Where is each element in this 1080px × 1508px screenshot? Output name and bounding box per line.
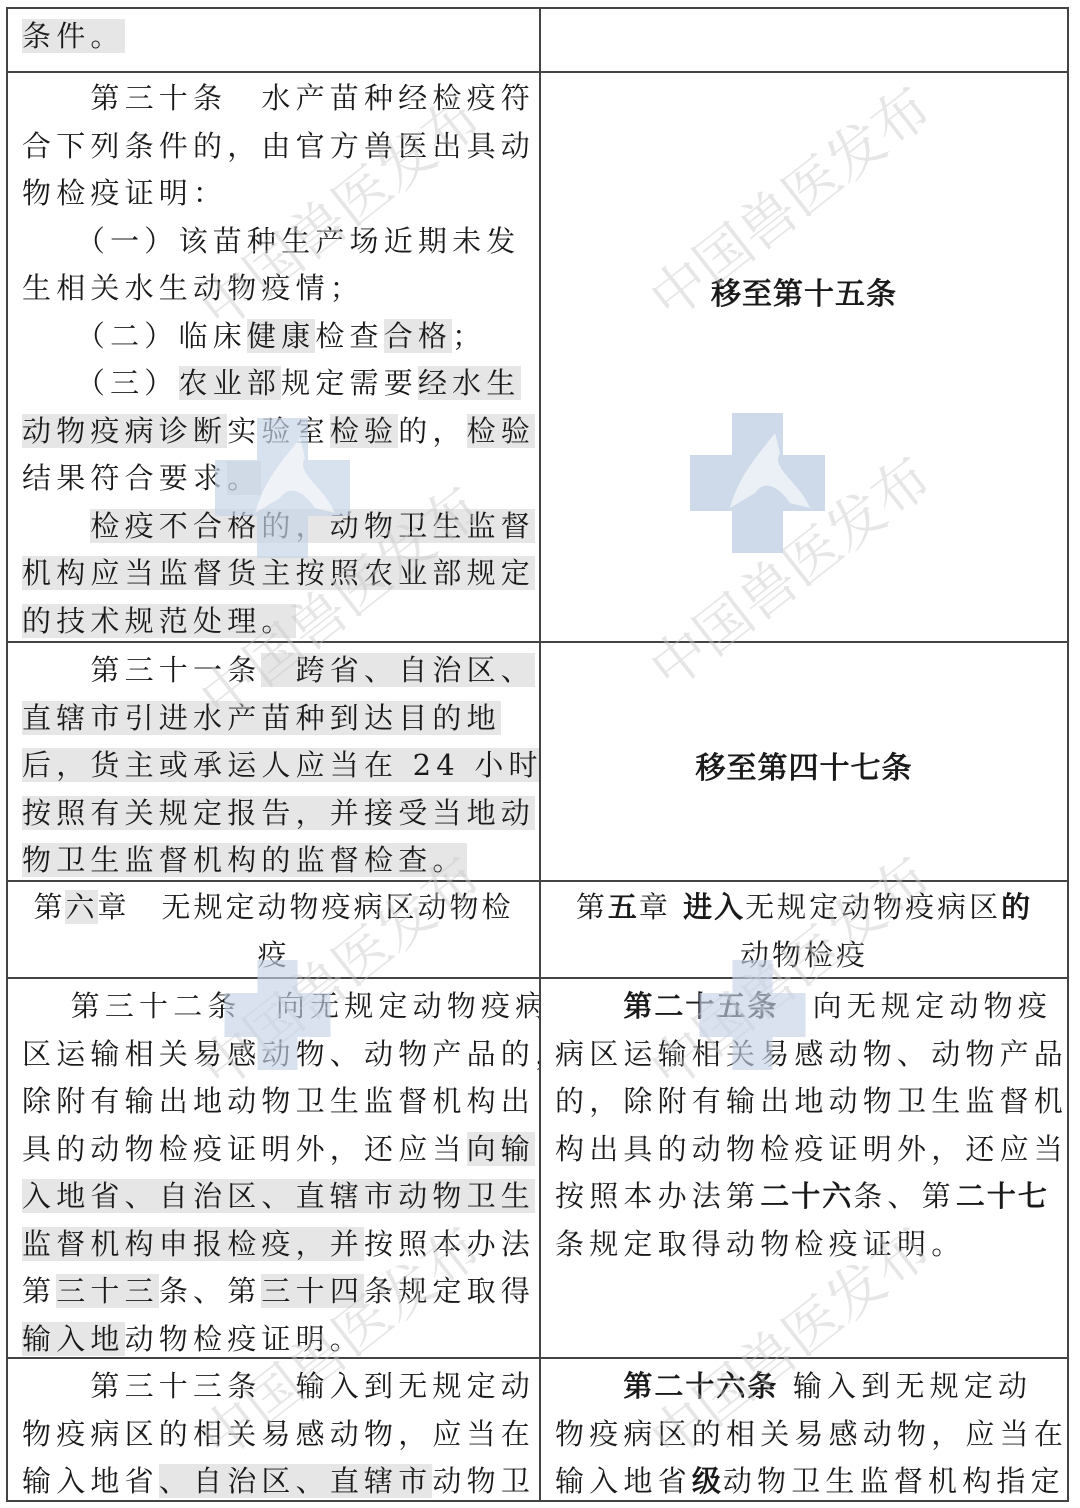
- highlighted-text: 。: [227, 461, 261, 495]
- text-segment: 结果符合要求: [22, 461, 227, 495]
- text-line: 的技术规范处理。: [22, 598, 527, 644]
- table-row-1: 第三十条 水产苗种经检疫符合下列条件的，由官方兽医出具动物检疫证明： （一）该苗…: [6, 71, 1069, 643]
- bold-text: 的: [1001, 890, 1032, 924]
- cell-original-text: 第三十三条 输入到无规定动物疫病区的相关易感动物，应当在输入地省、自治区、直辖市…: [6, 1359, 541, 1502]
- highlighted-text: 合格: [384, 319, 452, 353]
- text-line: 合下列条件的，由官方兽医出具动: [22, 123, 527, 171]
- text-line: 第二十六条 输入到无规定动: [555, 1363, 1055, 1411]
- paragraph: 第三十三条 输入到无规定动物疫病区的相关易感动物，应当在输入地省、自治区、直辖市…: [22, 1363, 527, 1502]
- text-segment: 区运输相关易感动物、动物产品的，: [22, 1037, 541, 1071]
- cell-revised-text: 移至第十五条: [541, 73, 1069, 643]
- text-segment: （三）: [22, 366, 179, 400]
- text-segment: 生相关水生动物疫情；: [22, 271, 364, 305]
- text-line: 机构应当监督货主按照农业部规定: [22, 550, 527, 598]
- text-line: 按照有关规定报告，并接受当地动: [22, 790, 527, 838]
- text-line: 的，除附有输出地动物卫生监督机: [555, 1078, 1055, 1126]
- text-line: 构出具的动物检疫证明外，还应当: [555, 1126, 1055, 1174]
- paragraph: 条件。: [22, 13, 527, 61]
- cell-original-text: 第三十条 水产苗种经检疫符合下列条件的，由官方兽医出具动物检疫证明： （一）该苗…: [6, 73, 541, 643]
- text-line: 输入地省、自治区、直辖市动物卫: [22, 1458, 527, 1502]
- text-line: 病区运输相关易感动物、动物产品: [555, 1031, 1055, 1079]
- paragraph: 第二十六条 输入到无规定动物疫病区的相关易感动物，应当在输入地省级动物卫生监督机…: [555, 1363, 1055, 1502]
- text-segment: 条、第: [853, 1179, 956, 1213]
- text-segment: 章 无规定动物疫病区动物检: [98, 890, 514, 924]
- text-segment: 病区运输相关易感动物、动物产品: [555, 1037, 1068, 1071]
- bold-text: 二十七: [956, 1179, 1049, 1213]
- text-line: 按照本办法第二十六条、第二十七: [555, 1173, 1055, 1221]
- table-row-4: 第三十二条 向无规定动物疫病区运输相关易感动物、动物产品的，除附有输出地动物卫生…: [6, 977, 1069, 1359]
- text-segment: 动物卫生监督机构指定: [723, 1464, 1065, 1498]
- text-segment: 物疫病区的相关易感动物，应当在: [555, 1417, 1068, 1451]
- highlighted-text: 按照有关规定报告，并接受当地动: [22, 796, 535, 830]
- moved-to-note: 移至第十五条: [541, 269, 1067, 313]
- text-line: 除附有输出地动物卫生监督机构出: [22, 1078, 527, 1126]
- text-line: 第三十三条、第三十四条规定取得: [22, 1268, 527, 1316]
- highlighted-text: 的技术规范处理。: [22, 604, 296, 638]
- text-line: 物卫生监督机构的监督检查。: [22, 837, 527, 882]
- text-line: 动物疫病诊断实验室检验的，检验: [22, 408, 527, 456]
- text-segment: 具的动物检疫证明外，还应当: [22, 1132, 467, 1166]
- text-segment: 章: [639, 890, 683, 924]
- text-segment: 合下列条件的，由官方兽医出具动: [22, 129, 535, 163]
- highlighted-text: 物卫生监督机构的监督检查。: [22, 843, 467, 877]
- text-segment: 第三十二条 向无规定动物疫病: [22, 989, 541, 1023]
- table-row-0: 条件。: [6, 7, 1069, 73]
- text-segment: 输入地省: [555, 1464, 692, 1498]
- highlighted-text: 入地省、自治区、直辖市动物卫生: [22, 1179, 535, 1213]
- text-segment: 除附有输出地动物卫生监督机构出: [22, 1084, 535, 1118]
- text-segment: （一）该苗种生产场近期未发: [22, 224, 521, 258]
- highlighted-text: 后，货主或承运人应当在 24 小时内: [22, 748, 541, 782]
- text-segment: 的，除附有输出地动物卫生监督机: [555, 1084, 1068, 1118]
- highlighted-text: 检验: [467, 414, 535, 448]
- text-line: 物疫病区的相关易感动物，应当在: [555, 1411, 1055, 1459]
- text-segment: 物检疫证明：: [22, 176, 227, 210]
- text-line: 输入地省级动物卫生监督机构指定: [555, 1458, 1055, 1502]
- text-segment: 按照本办法: [364, 1227, 535, 1261]
- text-line: （二）临床健康检查合格；: [22, 313, 527, 361]
- text-segment: [555, 989, 623, 1023]
- highlighted-text: 直辖市引进水产苗种到达目的地: [22, 701, 501, 735]
- highlighted-text: 跨省、自治区、: [261, 653, 535, 687]
- text-segment: 规定需要: [281, 366, 418, 400]
- cell-revised-text: 移至第四十七条: [541, 643, 1069, 882]
- paragraph: 第三十一条 跨省、自治区、直辖市引进水产苗种到达目的地后，货主或承运人应当在 2…: [22, 647, 527, 882]
- text-segment: 实验室: [227, 414, 330, 448]
- text-segment: 条规定取得: [364, 1274, 535, 1308]
- text-segment: 第: [22, 1274, 56, 1308]
- highlighted-text: 输入地: [22, 1322, 125, 1356]
- text-line: 疫: [14, 932, 533, 980]
- text-line: 第三十一条 跨省、自治区、: [22, 647, 527, 695]
- text-line: 检疫不合格的，动物卫生监督: [22, 503, 527, 551]
- text-segment: 动物卫: [432, 1464, 535, 1498]
- text-line: 输入地动物检疫证明。: [22, 1316, 527, 1360]
- highlighted-text: 监督机构申报检疫，并: [22, 1227, 364, 1261]
- bold-text: 第二十六条: [623, 1369, 778, 1403]
- text-segment: [22, 509, 90, 543]
- text-segment: 条、第: [159, 1274, 262, 1308]
- text-line: 区运输相关易感动物、动物产品的，: [22, 1031, 527, 1079]
- text-line: 第三十条 水产苗种经检疫符: [22, 75, 527, 123]
- cell-revised-chapter: 第五章 进入无规定动物疫病区的动物检疫: [541, 882, 1069, 979]
- cell-revised-text: 第二十六条 输入到无规定动物疫病区的相关易感动物，应当在输入地省级动物卫生监督机…: [541, 1359, 1069, 1502]
- highlighted-text: 六: [65, 890, 97, 924]
- table-row-chapter-header: 第六章 无规定动物疫病区动物检疫 第五章 进入无规定动物疫病区的动物检疫: [6, 880, 1069, 979]
- text-line: （一）该苗种生产场近期未发: [22, 218, 527, 266]
- bold-text: 第二十五条: [623, 989, 778, 1023]
- table-bottom-border: [6, 1500, 1069, 1502]
- highlighted-text: 向输: [467, 1132, 535, 1166]
- text-line: 监督机构申报检疫，并按照本办法: [22, 1221, 527, 1269]
- table-row-2: 第三十一条 跨省、自治区、直辖市引进水产苗种到达目的地后，货主或承运人应当在 2…: [6, 641, 1069, 882]
- bold-text: 二十六: [760, 1179, 853, 1213]
- text-line: 具的动物检疫证明外，还应当向输: [22, 1126, 527, 1174]
- highlighted-text: 健康: [247, 319, 315, 353]
- cell-original-text: 条件。: [6, 9, 541, 73]
- cell-revised-text: 第二十五条 向无规定动物疫病区运输相关易感动物、动物产品的，除附有输出地动物卫生…: [541, 979, 1069, 1359]
- text-line: （三）农业部规定需要经水生: [22, 360, 527, 408]
- text-segment: 输入地省: [22, 1464, 159, 1498]
- text-line: 第三十三条 输入到无规定动: [22, 1363, 527, 1411]
- text-segment: 动物检疫证明。: [125, 1322, 364, 1356]
- text-line: 动物检疫: [547, 932, 1061, 980]
- text-line: 物检疫证明：: [22, 170, 527, 218]
- text-line: 条规定取得动物检疫证明。: [555, 1221, 1055, 1269]
- highlighted-text: 农业部: [179, 366, 282, 400]
- highlighted-text: 经水生: [418, 366, 521, 400]
- cell-original-text: 第三十二条 向无规定动物疫病区运输相关易感动物、动物产品的，除附有输出地动物卫生…: [6, 979, 541, 1359]
- moved-to-note: 移至第四十七条: [541, 743, 1067, 787]
- cell-revised-text: [541, 9, 1069, 73]
- cell-original-text: 第三十一条 跨省、自治区、直辖市引进水产苗种到达目的地后，货主或承运人应当在 2…: [6, 643, 541, 882]
- highlighted-text: 条件。: [22, 19, 125, 53]
- text-line: 条件。: [22, 13, 527, 61]
- highlighted-text: 、自治区、直辖市: [159, 1464, 433, 1498]
- text-segment: [555, 1369, 623, 1403]
- highlighted-text: 机构应当监督货主按照农业部规定: [22, 556, 535, 590]
- bold-text: 进入: [683, 890, 745, 924]
- text-segment: 第三十一条: [22, 653, 261, 687]
- text-segment: 检查: [315, 319, 383, 353]
- chapter-title: 第六章 无规定动物疫病区动物检疫: [14, 884, 533, 979]
- text-segment: （二）临床: [22, 319, 247, 353]
- highlighted-text: 动物疫病诊断: [22, 414, 227, 448]
- bold-text: 级: [692, 1464, 723, 1498]
- text-line: 直辖市引进水产苗种到达目的地: [22, 695, 527, 743]
- highlighted-text: 三十四: [261, 1274, 364, 1308]
- text-segment: 第: [576, 890, 608, 924]
- paragraph: 第三十二条 向无规定动物疫病区运输相关易感动物、动物产品的，除附有输出地动物卫生…: [22, 983, 527, 1359]
- text-line: 第六章 无规定动物疫病区动物检: [14, 884, 533, 932]
- text-line: 第五章 进入无规定动物疫病区的: [547, 884, 1061, 932]
- text-segment: 第: [33, 890, 65, 924]
- text-line: 生相关水生动物疫情；: [22, 265, 527, 313]
- text-segment: 疫: [257, 938, 289, 972]
- paragraph: 第二十五条 向无规定动物疫病区运输相关易感动物、动物产品的，除附有输出地动物卫生…: [555, 983, 1055, 1268]
- text-segment: 动物检疫: [740, 938, 868, 972]
- highlighted-text: 三十三: [56, 1274, 159, 1308]
- text-segment: 物疫病区的相关易感动物，应当在: [22, 1417, 535, 1451]
- text-segment: 无规定动物疫病区: [745, 890, 1001, 924]
- text-line: 后，货主或承运人应当在 24 小时内: [22, 742, 527, 790]
- text-line: 第三十二条 向无规定动物疫病: [22, 983, 527, 1031]
- text-line: 入地省、自治区、直辖市动物卫生: [22, 1173, 527, 1221]
- text-segment: 输入到无规定动: [778, 1369, 1032, 1403]
- highlighted-text: 检验: [330, 414, 398, 448]
- text-line: 物疫病区的相关易感动物，应当在: [22, 1411, 527, 1459]
- text-segment: 的，: [398, 414, 466, 448]
- table-row-5: 第三十三条 输入到无规定动物疫病区的相关易感动物，应当在输入地省、自治区、直辖市…: [6, 1357, 1069, 1502]
- bold-text: 五: [608, 890, 639, 924]
- text-segment: 条规定取得动物检疫证明。: [555, 1227, 965, 1261]
- text-line: 第二十五条 向无规定动物疫: [555, 983, 1055, 1031]
- paragraph: 第三十条 水产苗种经检疫符合下列条件的，由官方兽医出具动物检疫证明： （一）该苗…: [22, 75, 527, 643]
- text-segment: 向无规定动物疫: [778, 989, 1052, 1023]
- highlighted-text: 检疫不合格的，动物卫生监督: [90, 509, 535, 543]
- text-segment: 第三十三条 输入到无规定动: [22, 1369, 535, 1403]
- cell-original-chapter: 第六章 无规定动物疫病区动物检疫: [6, 882, 541, 979]
- text-segment: 按照本办法第: [555, 1179, 760, 1213]
- text-line: 结果符合要求。: [22, 455, 527, 503]
- text-segment: 第三十条 水产苗种经检疫符: [22, 81, 535, 115]
- text-segment: ；: [452, 319, 486, 353]
- chapter-title: 第五章 进入无规定动物疫病区的动物检疫: [547, 884, 1061, 979]
- text-segment: 构出具的动物检疫证明外，还应当: [555, 1132, 1068, 1166]
